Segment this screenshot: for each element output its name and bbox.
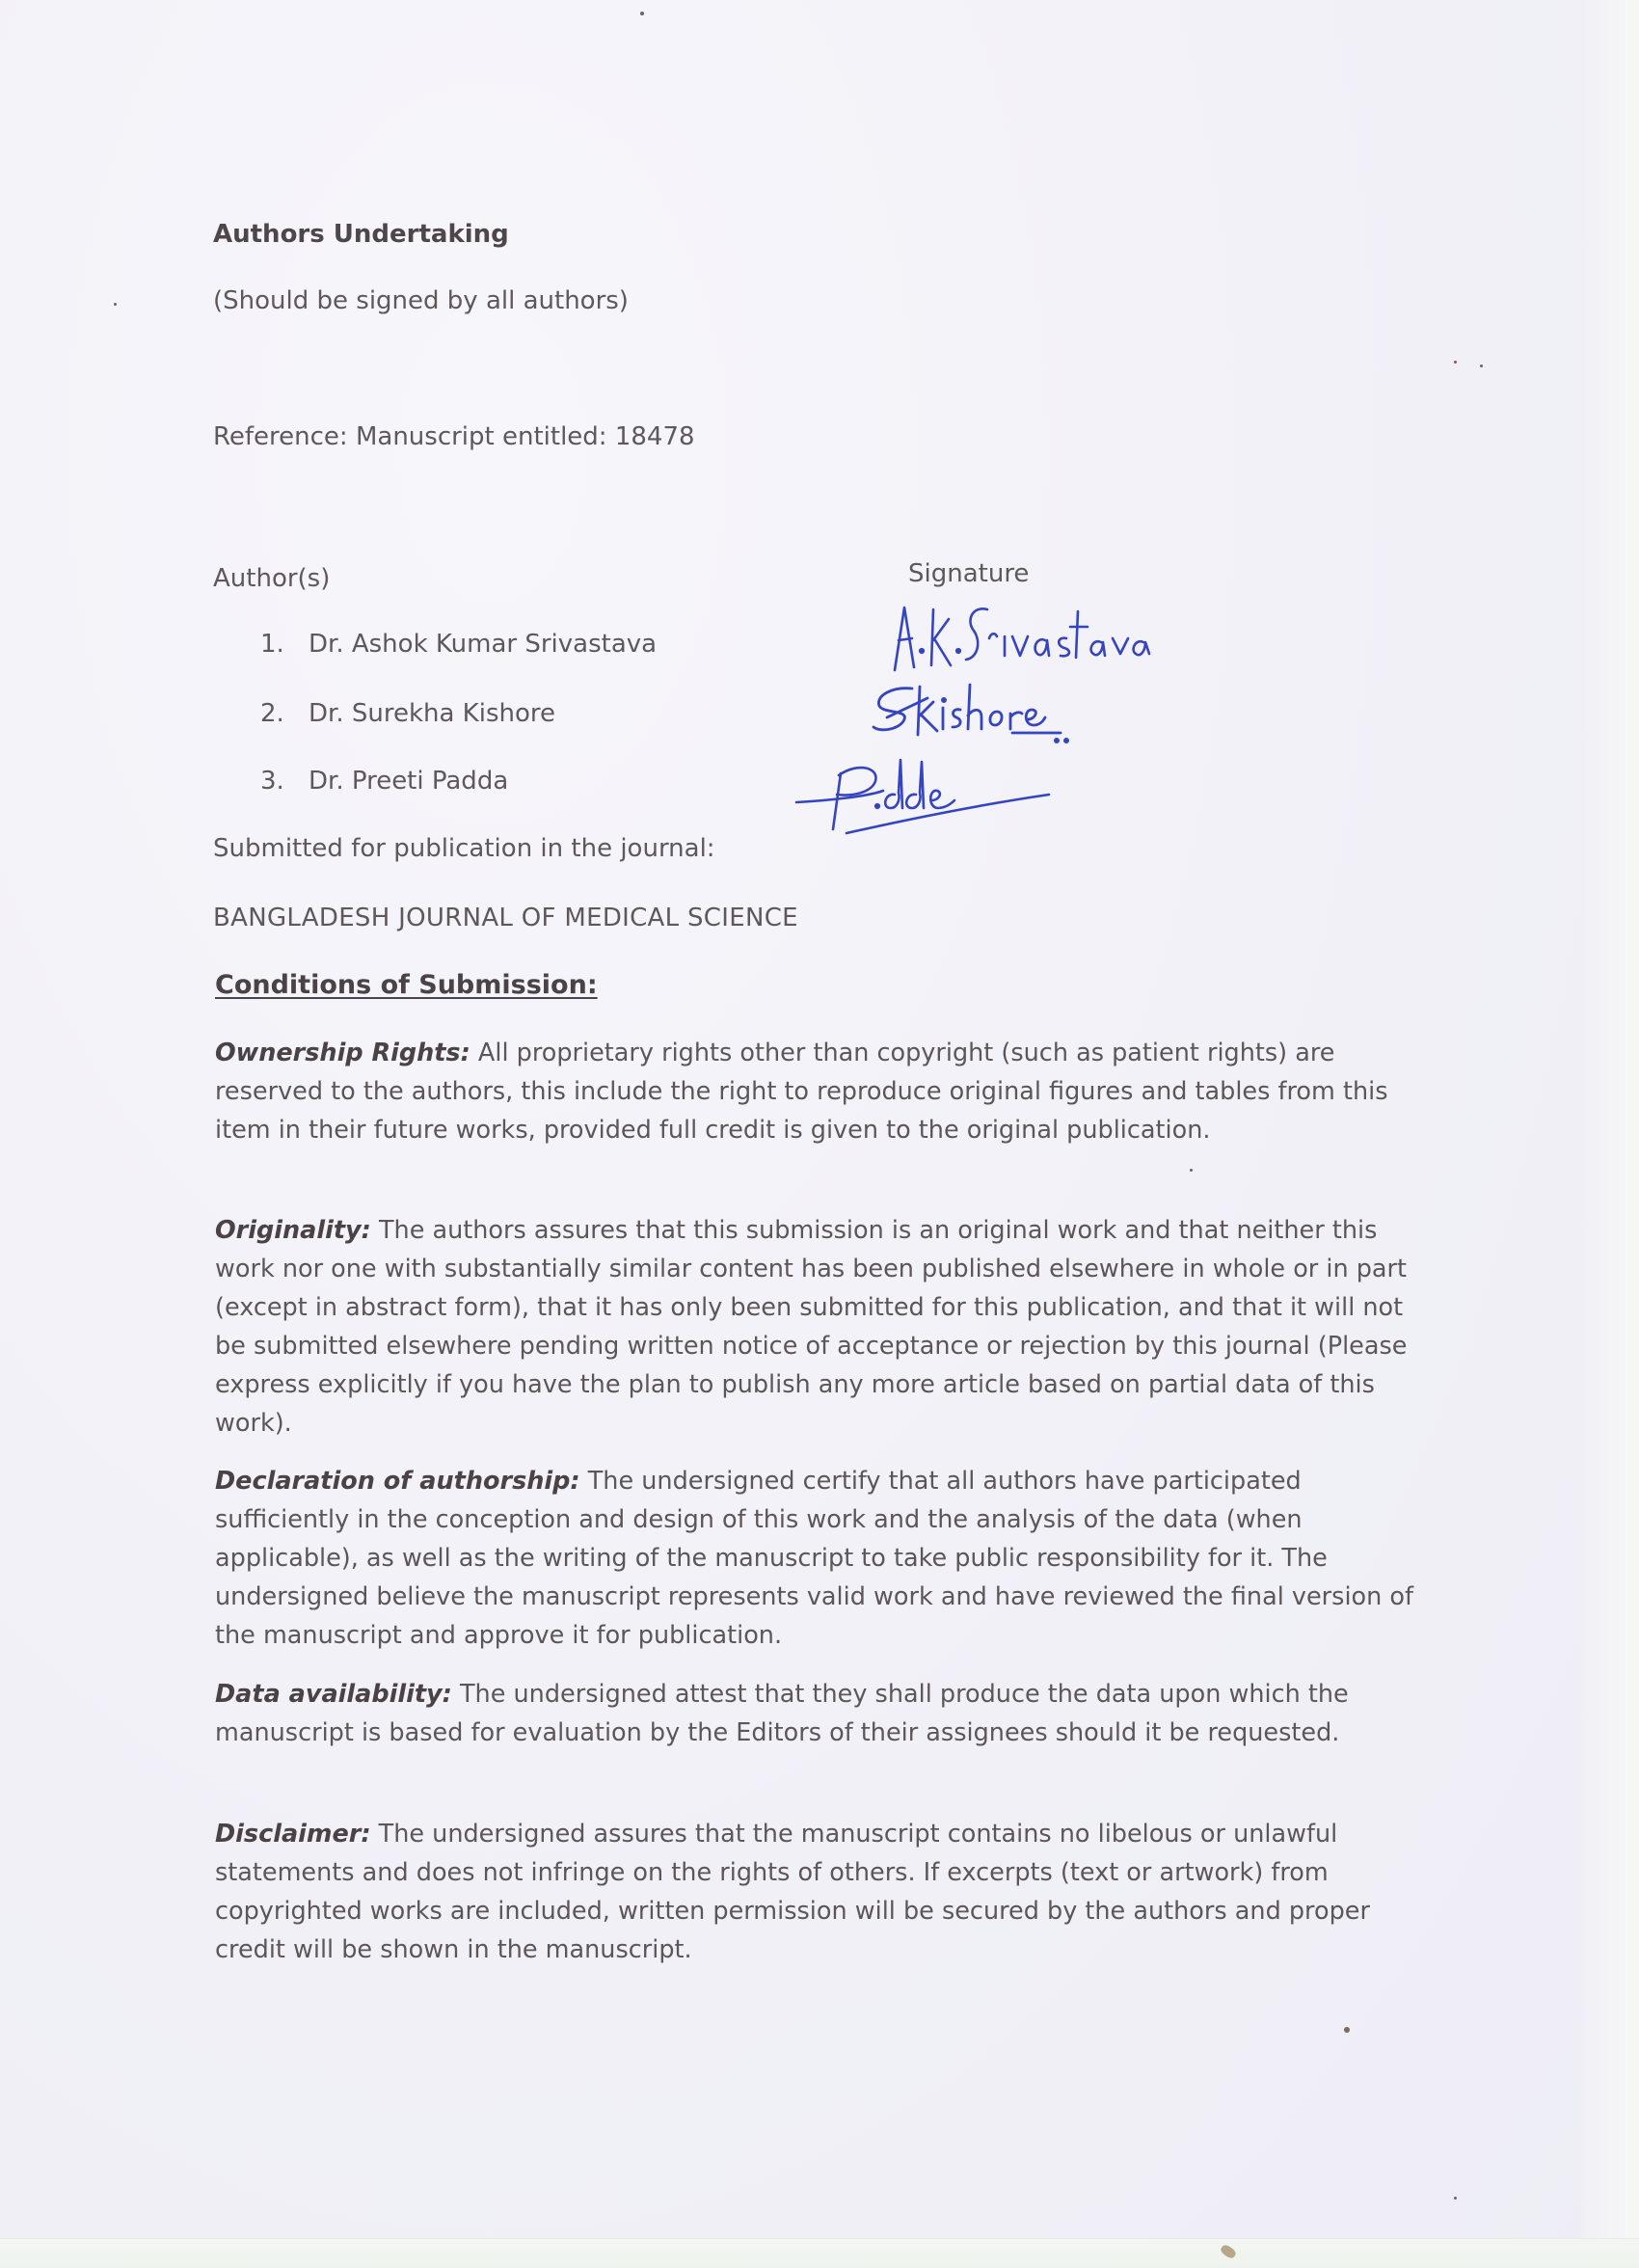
author-number: 3.	[260, 767, 309, 796]
scan-speck	[1454, 361, 1457, 364]
scan-speck	[640, 12, 644, 15]
section-label: Ownership Rights:	[215, 1039, 470, 1067]
author-item: 1.Dr. Ashok Kumar Srivastava	[260, 630, 657, 659]
section-label: Data availability:	[215, 1680, 452, 1709]
authors-label: Author(s)	[213, 564, 330, 593]
signature-ink-icon	[868, 675, 1099, 742]
scan-speck	[1454, 2197, 1457, 2200]
section-data-availability: Data availability: The undersigned attes…	[215, 1675, 1430, 1752]
section-label: Originality:	[215, 1216, 371, 1245]
author-name: Dr. Ashok Kumar Srivastava	[309, 630, 657, 659]
section-originality: Originality: The authors assures that th…	[215, 1211, 1430, 1443]
author-number: 1.	[260, 630, 309, 659]
scan-speck	[1480, 364, 1483, 367]
scan-speck	[114, 303, 117, 306]
document-subtitle: (Should be signed by all authors)	[213, 286, 629, 315]
section-text: The undersigned assures that the manuscr…	[215, 1820, 1370, 1964]
section-ownership-rights: Ownership Rights: All proprietary rights…	[215, 1034, 1430, 1149]
author-number: 2.	[260, 699, 309, 728]
author-name: Dr. Surekha Kishore	[309, 699, 555, 728]
scan-edge-right	[1581, 0, 1639, 2268]
manuscript-reference: Reference: Manuscript entitled: 18478	[213, 422, 695, 451]
author-item: 3.Dr. Preeti Padda	[260, 767, 508, 796]
section-declaration-of-authorship: Declaration of authorship: The undersign…	[215, 1462, 1430, 1655]
author-item: 2.Dr. Surekha Kishore	[260, 699, 555, 728]
journal-name: BANGLADESH JOURNAL OF MEDICAL SCIENCE	[213, 904, 798, 932]
scan-speck	[1190, 1169, 1193, 1172]
section-label: Disclaimer:	[215, 1820, 371, 1849]
conditions-heading: Conditions of Submission:	[215, 970, 598, 1000]
author-name: Dr. Preeti Padda	[309, 767, 508, 796]
document-title: Authors Undertaking	[213, 220, 509, 249]
submitted-label: Submitted for publication in the journal…	[213, 834, 715, 863]
signature-ink-icon	[887, 598, 1176, 685]
section-disclaimer: Disclaimer: The undersigned assures that…	[215, 1815, 1430, 1969]
section-text: The authors assures that this submission…	[215, 1216, 1407, 1438]
scan-speck	[1344, 2027, 1350, 2033]
signature-label: Signature	[908, 559, 1029, 588]
scan-edge-bottom	[0, 2238, 1639, 2268]
signature-ink-icon	[791, 752, 1070, 839]
section-label: Declaration of authorship:	[215, 1467, 580, 1496]
